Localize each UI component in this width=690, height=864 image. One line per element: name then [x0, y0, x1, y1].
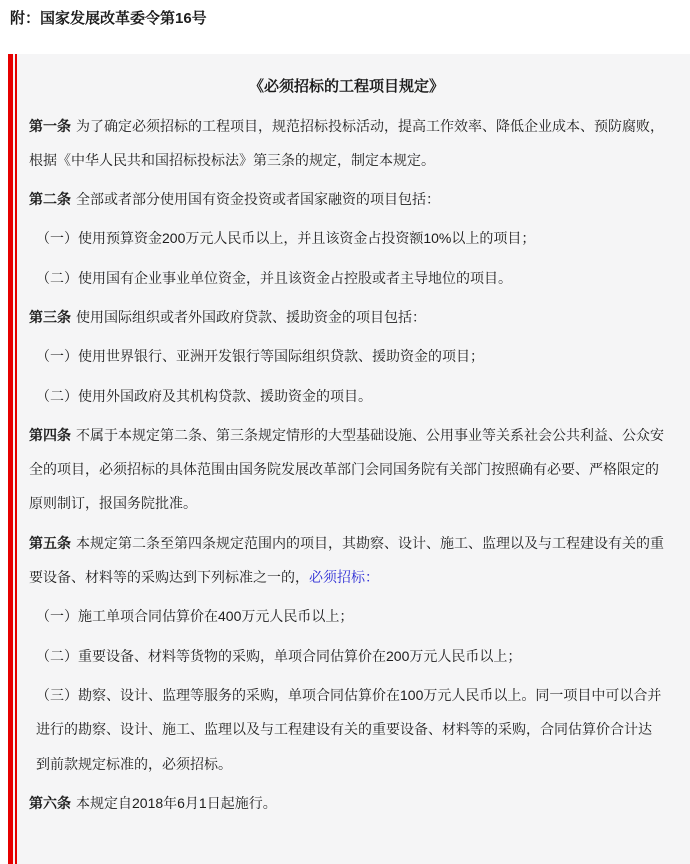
article-4-text: 不属于本规定第二条、第三条规定情形的大型基础设施、公用事业等关系社会公共利益、公… [29, 427, 664, 512]
article-3-item-1: （一）使用世界银行、亚洲开发银行等国际组织贷款、援助资金的项目； [29, 339, 664, 373]
article-2-number: 第二条 [29, 191, 71, 207]
article-2-item-2: （二）使用国有企业事业单位资金，并且该资金占控股或者主导地位的项目。 [29, 261, 664, 295]
article-5-paragraph: 第五条本规定第二条至第四条规定范围内的项目，其勘察、设计、施工、监理以及与工程建… [29, 526, 664, 595]
regulation-panel: 《必须招标的工程项目规定》 第一条为了确定必须招标的工程项目，规范招标投标活动，… [8, 54, 690, 864]
article-6-paragraph: 第六条本规定自2018年6月1日起施行。 [29, 786, 664, 820]
article-2-text: 全部或者部分使用国有资金投资或者国家融资的项目包括： [76, 191, 440, 207]
attachment-header: 附：国家发展改革委令第16号 [0, 0, 690, 29]
article-2-paragraph: 第二条全部或者部分使用国有资金投资或者国家融资的项目包括： [29, 182, 664, 216]
article-3-paragraph: 第三条使用国际组织或者外国政府贷款、援助资金的项目包括： [29, 300, 664, 334]
article-3-number: 第三条 [29, 309, 71, 325]
article-4-paragraph: 第四条不属于本规定第二条、第三条规定情形的大型基础设施、公用事业等关系社会公共利… [29, 418, 664, 521]
article-5-item-3: （三）勘察、设计、监理等服务的采购，单项合同估算价在100万元人民币以上。同一项… [29, 678, 664, 781]
article-5-highlight-text: 必须招标： [309, 569, 379, 585]
article-5-number: 第五条 [29, 535, 71, 551]
article-6-number: 第六条 [29, 795, 71, 811]
article-3-text: 使用国际组织或者外国政府贷款、援助资金的项目包括： [76, 309, 426, 325]
article-6-text: 本规定自2018年6月1日起施行。 [76, 795, 277, 811]
article-1-paragraph: 第一条为了确定必须招标的工程项目，规范招标投标活动，提高工作效率、降低企业成本、… [29, 109, 664, 178]
article-4-number: 第四条 [29, 427, 71, 443]
regulation-panel-inner: 《必须招标的工程项目规定》 第一条为了确定必须招标的工程项目，规范招标投标活动，… [15, 54, 690, 864]
document-title: 《必须招标的工程项目规定》 [29, 70, 664, 103]
article-5-item-2: （二）重要设备、材料等货物的采购，单项合同估算价在200万元人民币以上； [29, 639, 664, 673]
article-5-item-1: （一）施工单项合同估算价在400万元人民币以上； [29, 599, 664, 633]
article-2-item-1: （一）使用预算资金200万元人民币以上，并且该资金占投资额10%以上的项目； [29, 221, 664, 255]
article-1-text: 为了确定必须招标的工程项目，规范招标投标活动，提高工作效率、降低企业成本、预防腐… [29, 118, 664, 168]
article-1-number: 第一条 [29, 118, 71, 134]
article-3-item-2: （二）使用外国政府及其机构贷款、援助资金的项目。 [29, 379, 664, 413]
